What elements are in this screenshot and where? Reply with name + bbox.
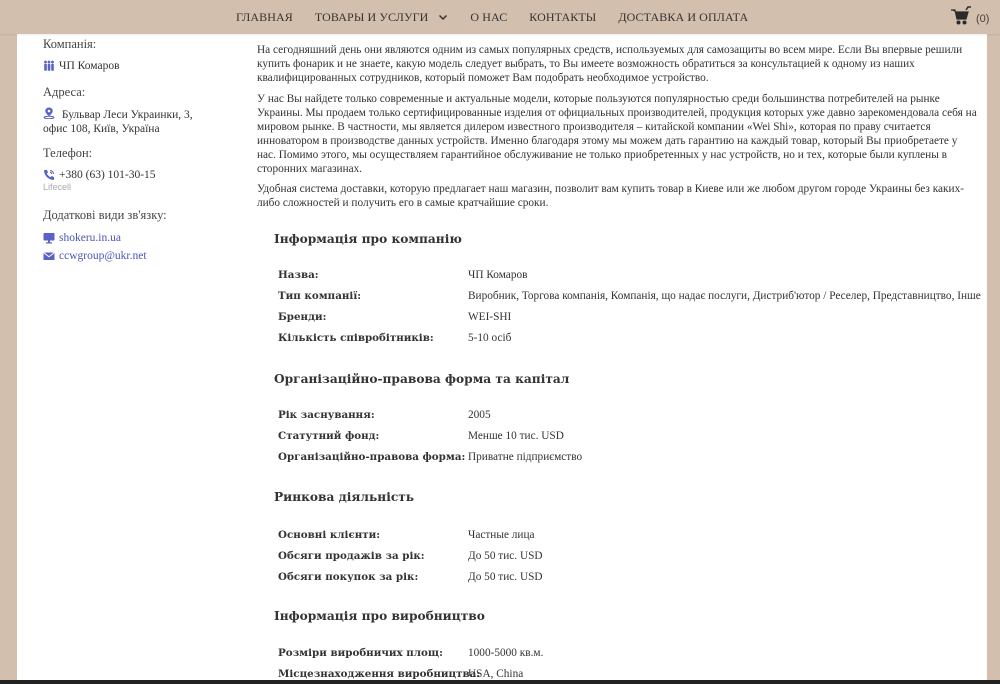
cart-count: (0) bbox=[976, 13, 989, 25]
nav-menu: Главная Товары и услуги О нас Контакты Д… bbox=[236, 0, 770, 34]
nav-item-home[interactable]: Главная bbox=[236, 10, 293, 25]
cart-icon bbox=[950, 6, 972, 26]
nav-item-delivery[interactable]: Доставка и оплата bbox=[618, 10, 748, 25]
address-row: Бульвар Леси Украинки, 3, офис 108, Київ… bbox=[43, 106, 218, 136]
phone-row: +380 (63) 101-30-15 bbox=[43, 168, 156, 182]
address-text: Бульвар Леси Украинки, 3, офис 108, Київ… bbox=[43, 109, 193, 135]
company-name-row: ЧП Комаров bbox=[43, 59, 120, 73]
section-title-legal-form: Організаційно-правова форма та капітал bbox=[274, 372, 569, 386]
paragraph-delivery: Удобная система доставки, которую предла… bbox=[257, 182, 977, 210]
section-title-production: Інформація про виробництво bbox=[274, 609, 485, 623]
website-row: shokeru.in.ua bbox=[43, 231, 121, 245]
chevron-down-icon[interactable] bbox=[438, 12, 448, 22]
section-title-company-info: Інформація про компанію bbox=[274, 232, 462, 246]
nav-item-about[interactable]: О нас bbox=[470, 10, 507, 25]
location-pin-icon bbox=[43, 107, 55, 119]
phone-number[interactable]: +380 (63) 101-30-15 bbox=[59, 168, 156, 182]
top-navigation: Главная Товары и услуги О нас Контакты Д… bbox=[0, 0, 1000, 34]
nav-item-products[interactable]: Товары и услуги bbox=[315, 10, 449, 25]
extra-contacts-label: Додаткові види зв'язку: bbox=[43, 208, 167, 223]
phone-label: Телефон: bbox=[43, 146, 92, 161]
paragraph-about: У нас Вы найдете только современные и ак… bbox=[257, 92, 977, 177]
cart-button[interactable]: (0) bbox=[950, 6, 989, 26]
nav-item-contacts[interactable]: Контакты bbox=[529, 10, 596, 25]
address-label: Адреса: bbox=[43, 85, 85, 100]
paragraph-intro: На сегодняшний день они являются одним и… bbox=[257, 43, 977, 85]
monitor-icon bbox=[43, 232, 55, 244]
people-icon bbox=[43, 60, 55, 72]
phone-operator: Lifecell bbox=[43, 182, 71, 192]
company-label: Компанія: bbox=[43, 37, 96, 52]
section-title-market: Ринкова діяльність bbox=[274, 490, 414, 504]
content-panel: Компанія: ЧП Комаров Адреса: Бульвар Лес… bbox=[17, 34, 987, 680]
email-row: ccwgroup@ukr.net bbox=[43, 249, 147, 263]
email-link[interactable]: ccwgroup@ukr.net bbox=[59, 249, 147, 263]
website-link[interactable]: shokeru.in.ua bbox=[59, 231, 121, 245]
bottom-bar bbox=[0, 680, 1000, 684]
company-name: ЧП Комаров bbox=[59, 59, 120, 73]
envelope-icon bbox=[43, 250, 55, 262]
phone-icon bbox=[43, 169, 55, 181]
